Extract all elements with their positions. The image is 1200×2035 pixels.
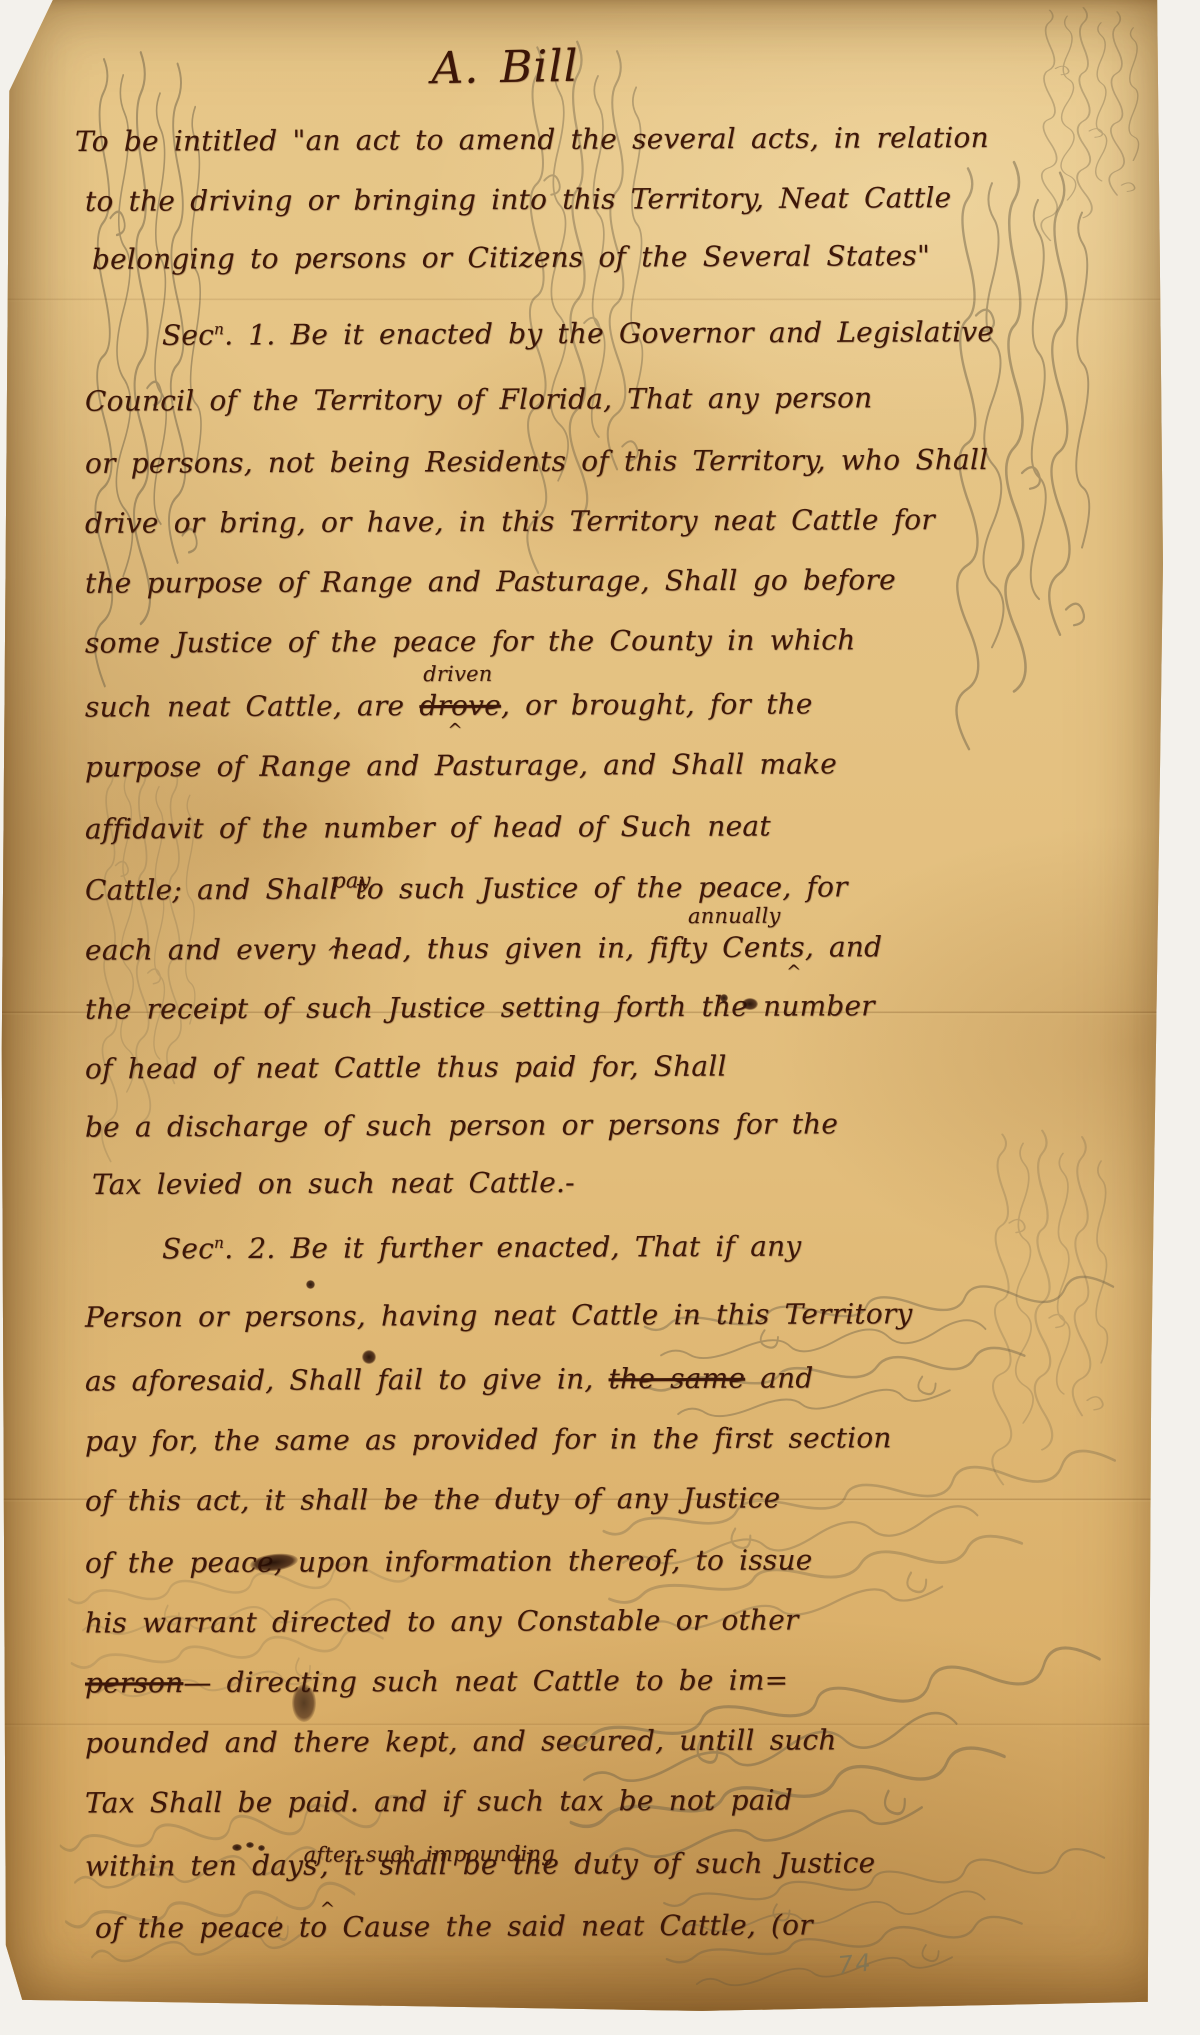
manuscript-line: to the driving or bringing into this Ter… [85,184,952,216]
manuscript-line-with-edit: person— directing such neat Cattle to be… [85,1666,788,1697]
line-text: Cents, and [722,930,882,964]
manuscript-line: of the peace, upon information thereof, … [85,1546,813,1577]
ink-blot [306,1280,315,1289]
manuscript-line: drive or bring, or have, in this Territo… [85,506,935,538]
section-label-superscript: n [214,320,224,338]
manuscript-scan: A. Bill To be intitled "an act to amend … [0,0,1200,2035]
manuscript-line-with-edit: such neat Cattle, are drovedriven^, or b… [85,690,813,721]
manuscript-line: pay for, the same as provided for in the… [85,1424,892,1456]
inserted-words: after such impounding [304,1844,555,1866]
ink-blot [246,1842,254,1848]
manuscript-line: his warrant directed to any Constable or… [85,1606,799,1637]
ink-bleedthrough [985,1128,1115,1508]
manuscript-line: Person or persons, having neat Cattle in… [85,1300,913,1332]
line-text: each and every [85,933,331,967]
line-text: and [745,1361,814,1394]
manuscript-line: belonging to persons or Citizens of the … [92,242,930,274]
manuscript-line: of this act, it shall be the duty of any… [85,1484,781,1515]
manuscript-line: Council of the Territory of Florida, Tha… [85,384,873,415]
edit-anchor: drovedriven^ [419,692,501,720]
manuscript-line: be a discharge of such person or persons… [85,1110,838,1141]
struck-words: the same [608,1362,745,1396]
manuscript-line: pounded and there kept, and secured, unt… [85,1726,837,1757]
line-text: such neat Cattle, are [85,689,420,723]
section-text: . 1. Be it enacted by the Governor and L… [224,315,994,351]
line-text: to such Justice of the peace, for [340,870,848,905]
caret-mark: ^ [326,945,341,963]
line-text: Cattle; and Shall [85,873,338,907]
manuscript-line: or persons, not being Residents of this … [85,446,988,478]
section-2-heading: Secn. 2. Be it further enacted, That if … [162,1233,801,1264]
section-label: Sec [162,1232,214,1265]
edit-anchor: Cents, andannually^ [722,933,882,962]
manuscript-line: purpose of Range and Pasturage, and Shal… [85,750,837,781]
line-text: as aforesaid, Shall fail to give in, [85,1362,609,1397]
struck-word: person [85,1666,183,1699]
page-title: A. Bill [85,39,926,98]
manuscript-line: of head of neat Cattle thus paid for, Sh… [85,1053,727,1084]
page-number: 74 [837,1948,874,1979]
manuscript-line-with-edit: each and every ^head, thus given in, fif… [85,933,882,964]
manuscript-line: affidavit of the number of head of Such … [85,813,771,844]
manuscript-line-with-edit: Cattle; and Shallpay to such Justice of … [85,873,848,904]
inserted-word: annually [688,906,781,927]
manuscript-line: Tax Shall be paid. and if such tax be no… [85,1786,793,1817]
inserted-word: pay [332,870,371,891]
ink-blot [362,1350,376,1364]
line-text: , or brought, for the [501,687,813,721]
section-label-superscript: n [214,1234,224,1252]
manuscript-line-with-edit: within ten daysafter such impounding^, i… [85,1849,875,1880]
section-text: . 2. Be it further enacted, That if any [224,1230,801,1266]
inserted-word: driven [423,664,492,685]
line-text: within ten days [85,1849,318,1883]
line-text: head, thus given in, fifty [332,931,722,966]
manuscript-line-with-edit: as aforesaid, Shall fail to give in, the… [85,1364,814,1395]
line-text: — directing such neat Cattle to be im= [183,1663,788,1699]
section-label: Sec [162,319,214,352]
manuscript-line: the purpose of Range and Pasturage, Shal… [85,566,896,598]
section-1-heading: Secn. 1. Be it enacted by the Governor a… [162,318,994,350]
manuscript-page: A. Bill To be intitled "an act to amend … [0,0,1170,2018]
manuscript-line: of the peace to Cause the said neat Catt… [95,1911,813,1942]
ink-bleedthrough [1035,6,1145,256]
caret-mark: ^ [786,964,801,982]
manuscript-line: some Justice of the peace for the County… [85,626,856,657]
struck-word: drove [419,689,501,722]
manuscript-line: the receipt of such Justice setting fort… [85,992,875,1023]
manuscript-line: To be intitled "an act to amend the seve… [75,124,989,156]
paper-crease [0,298,1170,302]
caret-mark: ^ [447,722,462,740]
manuscript-line: Tax levied on such neat Cattle.- [92,1169,575,1199]
